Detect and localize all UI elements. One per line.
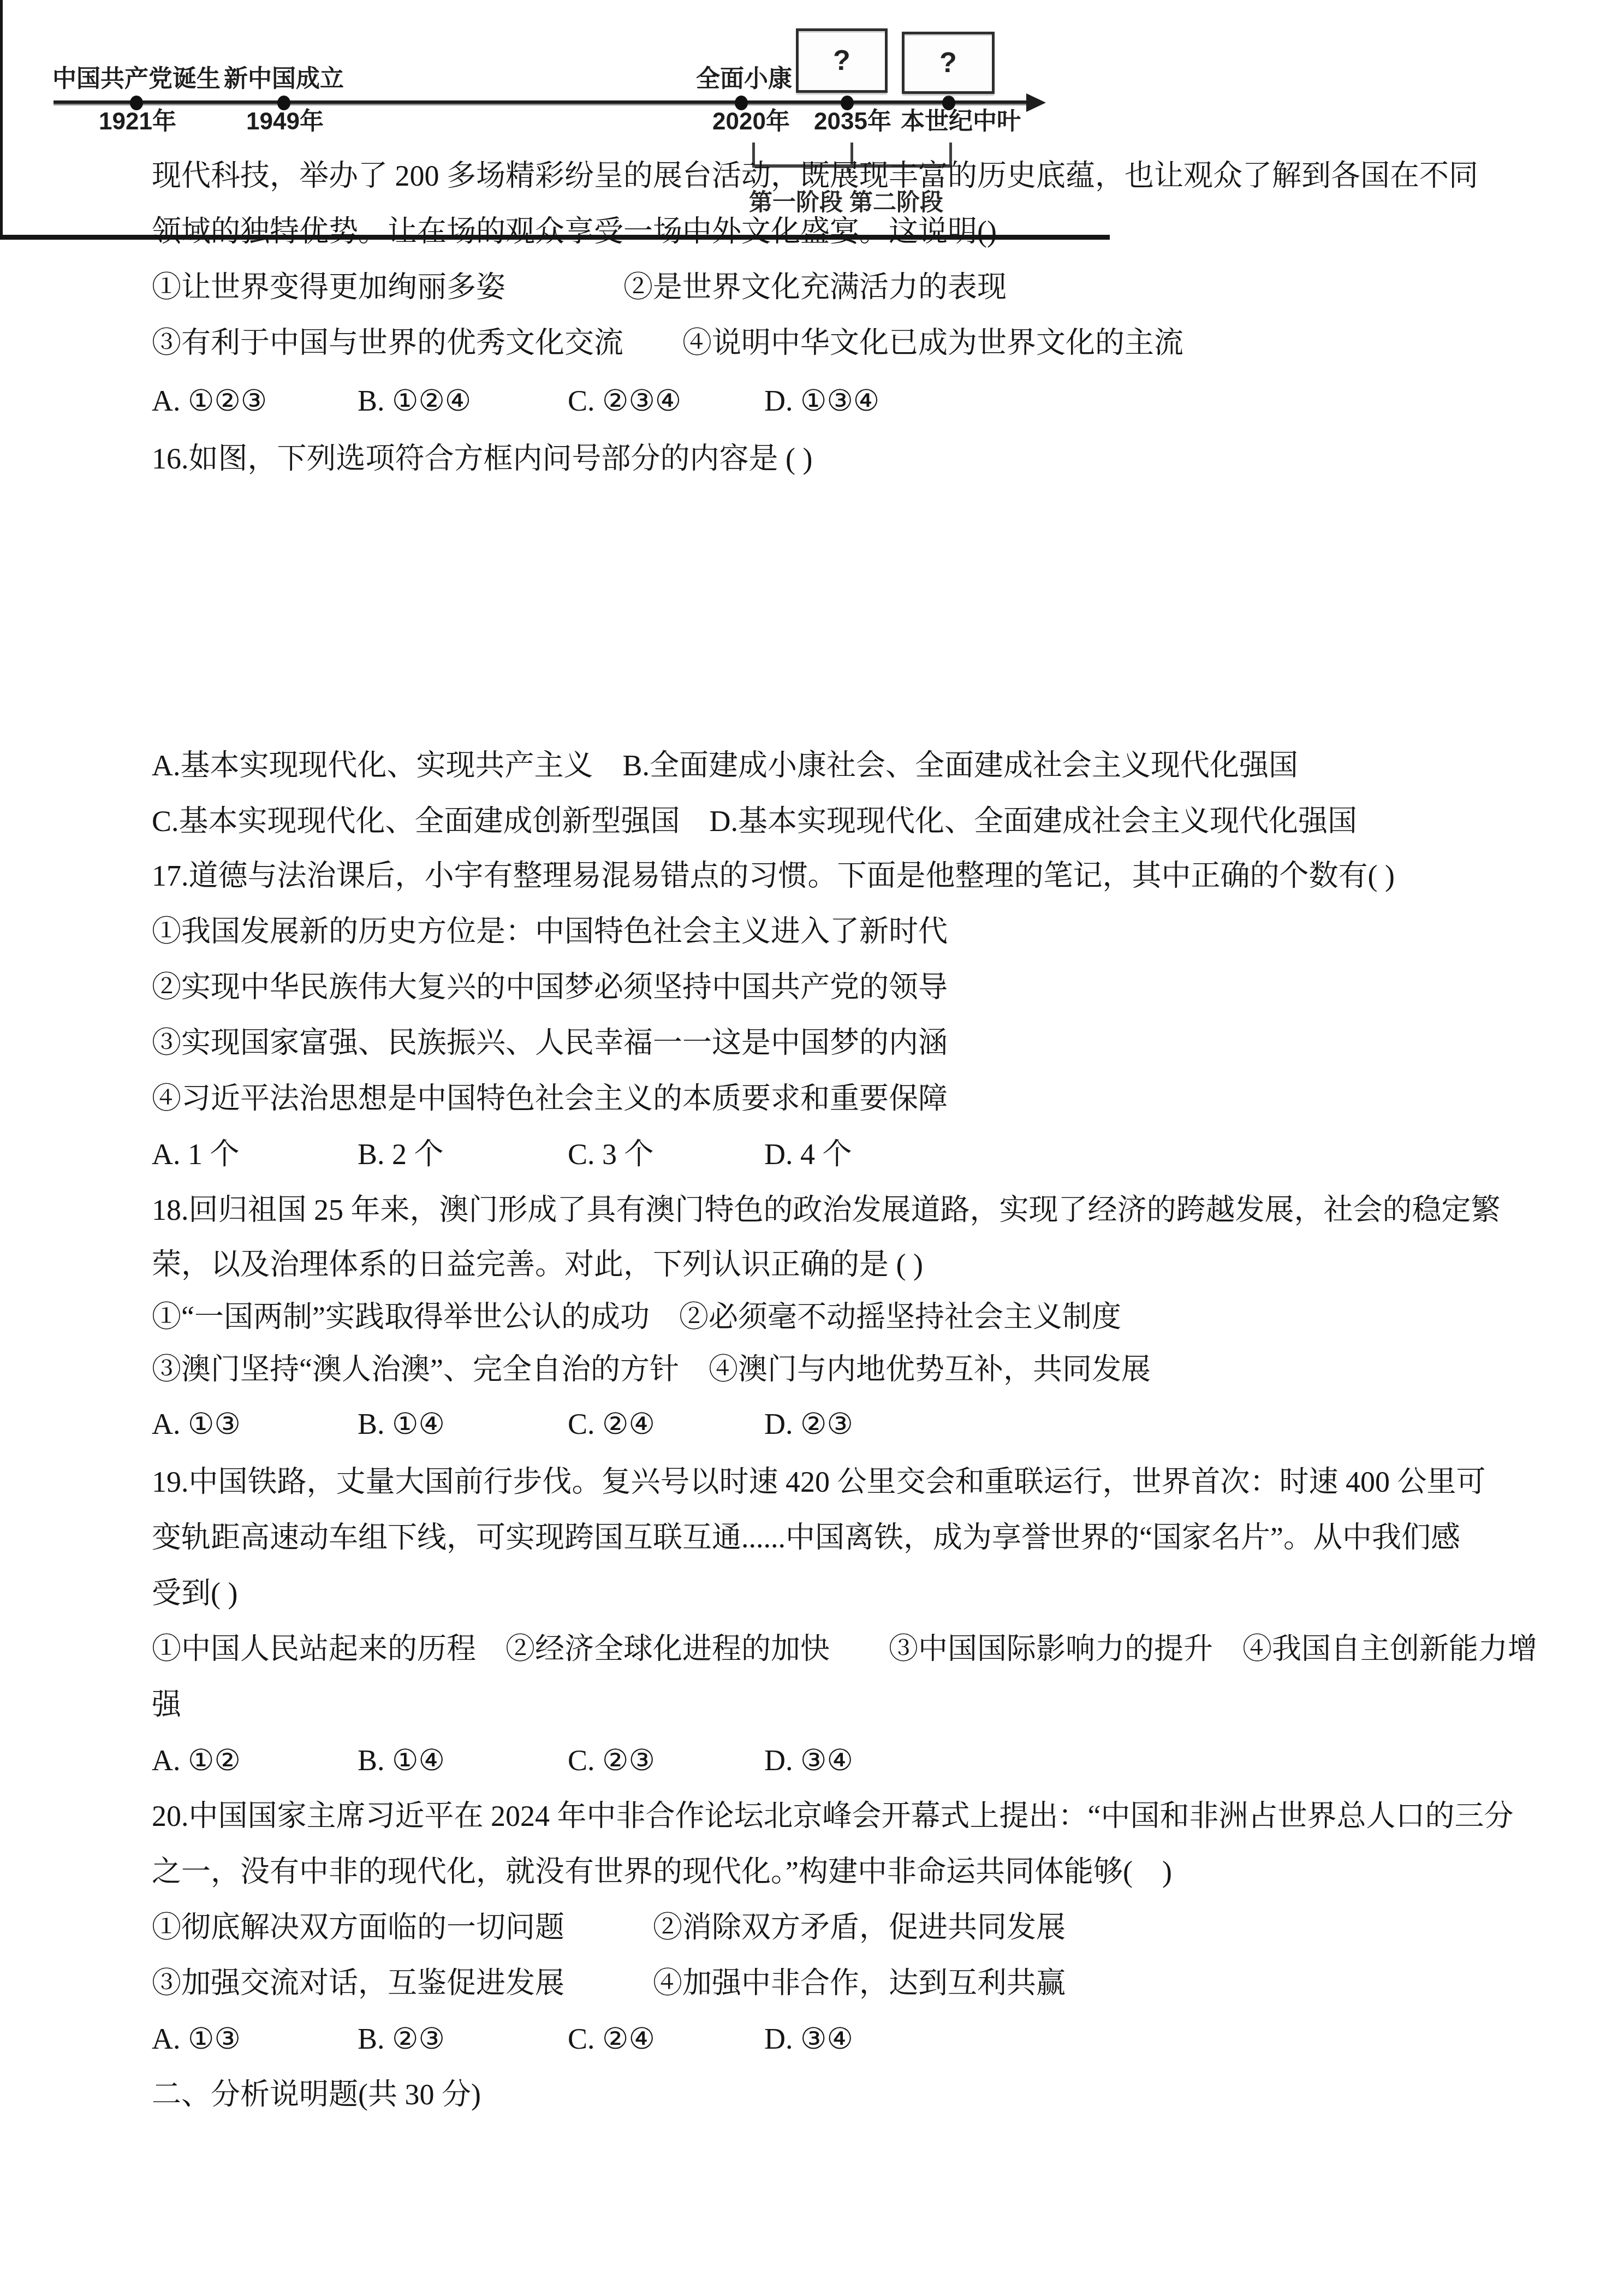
question-18-paragraph-line-2: 荣，以及治理体系的日益完善。对此，下列认识正确的是 ( ) bbox=[152, 1249, 923, 1280]
answer-choice-b: B. 2 个 bbox=[358, 1139, 444, 1170]
question-18-options-1-2: ①“一国两制”实践取得举世公认的成功 ②必须毫不动摇坚持社会主义制度 bbox=[152, 1302, 1121, 1332]
answer-choice-c: C. ②④ bbox=[568, 1409, 655, 1439]
answer-choice-c: C. ②③④ bbox=[568, 385, 681, 416]
answer-choice-d: D. 4 个 bbox=[764, 1139, 852, 1170]
event-label-xiaokang: 全面小康 bbox=[696, 67, 792, 92]
answer-choice-d: D. ①③④ bbox=[764, 385, 879, 416]
timeline-axis bbox=[53, 100, 1031, 105]
answer-choice-c: C. 3 个 bbox=[568, 1139, 654, 1170]
question-mark-1: ? bbox=[833, 44, 850, 77]
answer-choice-c: C. ②③ bbox=[568, 1745, 655, 1776]
year-label-mid-century: 本世纪中叶 bbox=[901, 109, 1021, 134]
question-20-paragraph-line-1: 20.中国国家主席习近平在 2024 年中非合作论坛北京峰会开幕式上提出：“中国… bbox=[152, 1801, 1513, 1831]
answer-choice-a: A. 1 个 bbox=[152, 1139, 240, 1170]
question-box-1: ? bbox=[796, 28, 888, 93]
question-17-answer-row: A. 1 个 B. 2 个 C. 3 个 D. 4 个 bbox=[152, 1139, 1462, 1177]
question-18-paragraph-line-1: 18.回归祖国 25 年来，澳门形成了具有澳门特色的政治发展道路，实现了经济的跨… bbox=[152, 1195, 1501, 1225]
question-20-paragraph-line-2: 之一，没有中非的现代化，就没有世界的现代化。”构建中非命运共同体能够( ) bbox=[152, 1856, 1172, 1887]
question-15-paragraph-line-2: 领域的独特优势。让在场的观众享受一场中外文化盛宴。这说明() bbox=[152, 216, 997, 247]
question-17-stem: 17.道德与法治课后，小宇有整理易混易错点的习惯。下面是他整理的笔记，其中正确的… bbox=[152, 861, 1395, 891]
year-label-1949: 1949年 bbox=[246, 109, 324, 134]
question-mark-2: ? bbox=[939, 46, 957, 79]
question-17-item-3: ③实现国家富强、民族振兴、人民幸福一一这是中国梦的内涵 bbox=[152, 1028, 948, 1058]
answer-choice-d: D. ③④ bbox=[764, 1745, 853, 1776]
answer-choice-a: A. ①②③ bbox=[152, 385, 267, 416]
question-19-answer-row: A. ①② B. ①④ C. ②③ D. ③④ bbox=[152, 1745, 1462, 1783]
answer-choice-d: D. ③④ bbox=[764, 2024, 853, 2054]
question-17-item-2: ②实现中华民族伟大复兴的中国梦必须坚持中国共产党的领导 bbox=[152, 972, 948, 1002]
question-18-answer-row: A. ①③ B. ①④ C. ②④ D. ②③ bbox=[152, 1409, 1462, 1447]
question-19-paragraph-line-1: 19.中国铁路，丈量大国前行步伐。复兴号以时速 420 公里交会和重联运行，世界… bbox=[152, 1467, 1486, 1497]
question-19-options-continuation: 强 bbox=[152, 1689, 181, 1720]
question-19-paragraph-line-2: 变轨距高速动车组下线，可实现跨国互联互通......中国离铁，成为享誉世界的“国… bbox=[152, 1522, 1460, 1553]
year-label-1921: 1921年 bbox=[99, 109, 176, 134]
question-16-stem: 16.如图，下列选项符合方框内问号部分的内容是 ( ) bbox=[152, 443, 812, 474]
question-15-paragraph-line-1: 现代科技，举办了 200 多场精彩纷呈的展台活动，既展现丰富的历史底蕴，也让观众… bbox=[152, 161, 1478, 191]
answer-choice-b: B. ①④ bbox=[358, 1409, 445, 1439]
question-15-options-3-4: ③有利于中国与世界的优秀文化交流 ④说明中华文化已成为世界文化的主流 bbox=[152, 328, 1183, 358]
question-18-options-3-4: ③澳门坚持“澳人治澳”、完全自治的方针 ④澳门与内地优势互补，共同发展 bbox=[152, 1354, 1151, 1385]
event-label-prc-founding: 新中国成立 bbox=[224, 67, 344, 92]
answer-choice-d: D. ②③ bbox=[764, 1409, 853, 1439]
answer-choice-a: A. ①③ bbox=[152, 2024, 241, 2054]
question-20-answer-row: A. ①③ B. ②③ C. ②④ D. ③④ bbox=[152, 2024, 1462, 2062]
year-label-2020: 2020年 bbox=[712, 109, 790, 134]
section-two-header: 二、分析说明题(共 30 分) bbox=[152, 2079, 481, 2110]
answer-choice-a: A. ①② bbox=[152, 1745, 241, 1776]
question-16-options-a-b: A.基本实现现代化、实现共产主义 B.全面建成小康社会、全面建成社会主义现代化强… bbox=[152, 750, 1298, 781]
answer-choice-a: A. ①③ bbox=[152, 1409, 241, 1439]
question-19-options-row: ①中国人民站起来的历程 ②经济全球化进程的加快 ③中国国际影响力的提升 ④我国自… bbox=[152, 1634, 1537, 1664]
question-20-options-3-4: ③加强交流对话，互鉴促进发展 ④加强中非合作，达到互利共赢 bbox=[152, 1968, 1066, 1998]
answer-choice-b: B. ①④ bbox=[358, 1745, 445, 1776]
question-20-options-1-2: ①彻底解决双方面临的一切问题 ②消除双方矛盾，促进共同发展 bbox=[152, 1912, 1066, 1943]
question-17-item-1: ①我国发展新的历史方位是：中国特色社会主义进入了新时代 bbox=[152, 916, 948, 947]
question-box-2: ? bbox=[902, 32, 995, 94]
question-19-paragraph-line-3: 受到( ) bbox=[152, 1578, 237, 1609]
event-label-party-founding: 中国共产党诞生 bbox=[52, 67, 221, 92]
answer-choice-c: C. ②④ bbox=[568, 2024, 655, 2054]
question-17-item-4: ④习近平法治思想是中国特色社会主义的本质要求和重要保障 bbox=[152, 1083, 948, 1114]
answer-choice-b: B. ②③ bbox=[358, 2024, 445, 2054]
timeline-arrow-icon bbox=[1026, 93, 1046, 112]
question-15-options-1-2: ①让世界变得更加绚丽多姿 ②是世界文化充满活力的表现 bbox=[152, 272, 1007, 302]
answer-choice-b: B. ①②④ bbox=[358, 385, 471, 416]
question-15-answer-row: A. ①②③ B. ①②④ C. ②③④ D. ①③④ bbox=[152, 385, 1462, 424]
stage-labels: 第一阶段 第二阶段 bbox=[749, 190, 943, 215]
year-label-2035: 2035年 bbox=[814, 109, 891, 134]
question-16-options-c-d: C.基本实现现代化、全面建成创新型强国 D.基本实现现代化、全面建成社会主义现代… bbox=[152, 806, 1357, 836]
